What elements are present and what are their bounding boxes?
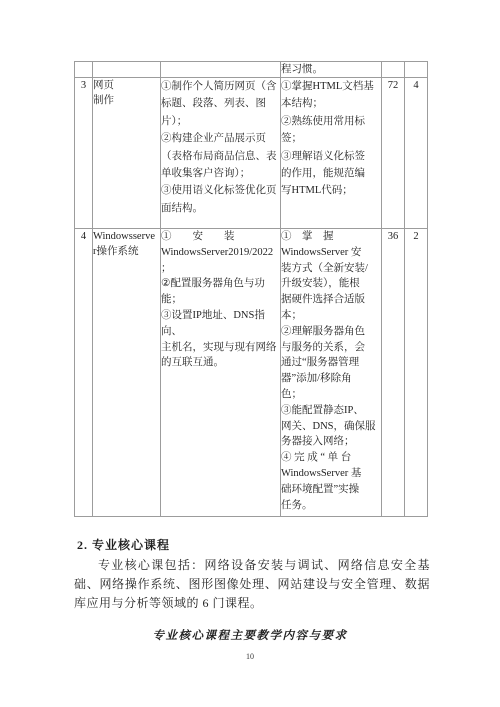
- cell-credits: 2: [405, 229, 428, 517]
- table-row-continuation: 程习惯。: [75, 62, 428, 78]
- page-number: 10: [0, 652, 500, 661]
- table-row: 3 网页 制作 ①制作个人简历网页（含 标题、段落、列表、图片）； ②构建企业产…: [75, 78, 428, 229]
- cell-content: ①制作个人简历网页（含 标题、段落、列表、图片）； ②构建企业产品展示页 （表格…: [161, 78, 281, 229]
- cell-row-index: 4: [75, 229, 93, 517]
- empty-cell: [161, 62, 281, 78]
- body-paragraph: 专业核心课包括：网络设备安装与调试、网络信息安全基础、网络操作系统、图形图像处理…: [74, 556, 430, 613]
- table-caption: 专业核心课程主要教学内容与要求: [0, 627, 500, 643]
- empty-cell: [405, 62, 428, 78]
- cell-course-name: Windowsserve r操作系统: [93, 229, 161, 517]
- document-page: 程习惯。 3 网页 制作 ①制作个人简历网页（含 标题、段落、列表、图片）； ②…: [0, 0, 500, 707]
- cell-requirements: ① 掌 握 WindowsServer 安 装方式（全新安装/ 升级安装），能根…: [281, 229, 382, 517]
- empty-cell: [93, 62, 161, 78]
- cell-requirements: ①掌握HTML文档基 本结构； ②熟练使用常用标 签； ③理解语义化标签 的作用…: [281, 78, 382, 229]
- cell-course-name: 网页 制作: [93, 78, 161, 229]
- section-heading: 2. 专业核心课程: [77, 536, 170, 553]
- cell-hours: 36: [382, 229, 405, 517]
- course-table: 程习惯。 3 网页 制作 ①制作个人简历网页（含 标题、段落、列表、图片）； ②…: [74, 61, 428, 517]
- table-row: 4 Windowsserve r操作系统 ① 安 装 WindowsServer…: [75, 229, 428, 517]
- cell-hours: 72: [382, 78, 405, 229]
- cell-requirements-continuation: 程习惯。: [281, 62, 382, 78]
- cell-row-index: 3: [75, 78, 93, 229]
- cell-content: ① 安 装 WindowsServer2019/2022 ； ②配置服务器角色与…: [161, 229, 281, 517]
- empty-cell: [382, 62, 405, 78]
- cell-credits: 4: [405, 78, 428, 229]
- empty-cell: [75, 62, 93, 78]
